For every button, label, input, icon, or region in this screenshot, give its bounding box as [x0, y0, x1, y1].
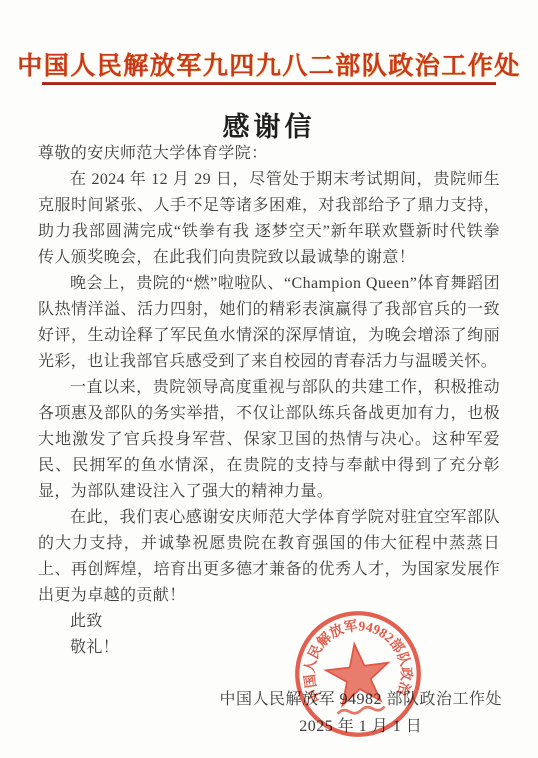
- letterhead-title: 中国人民解放军九四九八二部队政治工作处: [0, 46, 538, 82]
- closing-cizhi: 此致: [38, 609, 500, 635]
- signature-unit: 中国人民解放军 94982 部队政治工作处: [219, 686, 502, 709]
- paragraph-2: 晚会上，贵院的“燃”啦啦队、“Champion Queen”体育舞蹈团队热情洋溢…: [38, 271, 500, 375]
- letterhead-rule: [42, 82, 496, 85]
- paragraph-3: 一直以来，贵院领导高度重视与部队的共建工作，积极推动各项惠及部队的务实举措，不仅…: [38, 375, 500, 505]
- paragraph-1: 在 2024 年 12 月 29 日，尽管处于期末考试期间，贵院师生克服时间紧张…: [38, 167, 500, 271]
- paragraph-4: 在此，我们衷心感谢安庆师范大学体育学院对驻宜空军部队的大力支持，并诚挚祝愿贵院在…: [38, 505, 500, 609]
- closing-jingli: 敬礼！: [38, 635, 500, 661]
- signature-date: 2025 年 1 月 1 日: [219, 713, 502, 736]
- letter-body: 尊敬的安庆师范大学体育学院： 在 2024 年 12 月 29 日，尽管处于期末…: [38, 141, 500, 661]
- scanned-letter-page: 中国人民解放军九四九八二部队政治工作处 感谢信 尊敬的安庆师范大学体育学院： 在…: [0, 0, 538, 758]
- signature-block: 中国人民解放军 94982 部队政治工作处 2025 年 1 月 1 日: [219, 686, 502, 736]
- salutation: 尊敬的安庆师范大学体育学院：: [38, 141, 500, 167]
- letter-title: 感谢信: [0, 105, 538, 144]
